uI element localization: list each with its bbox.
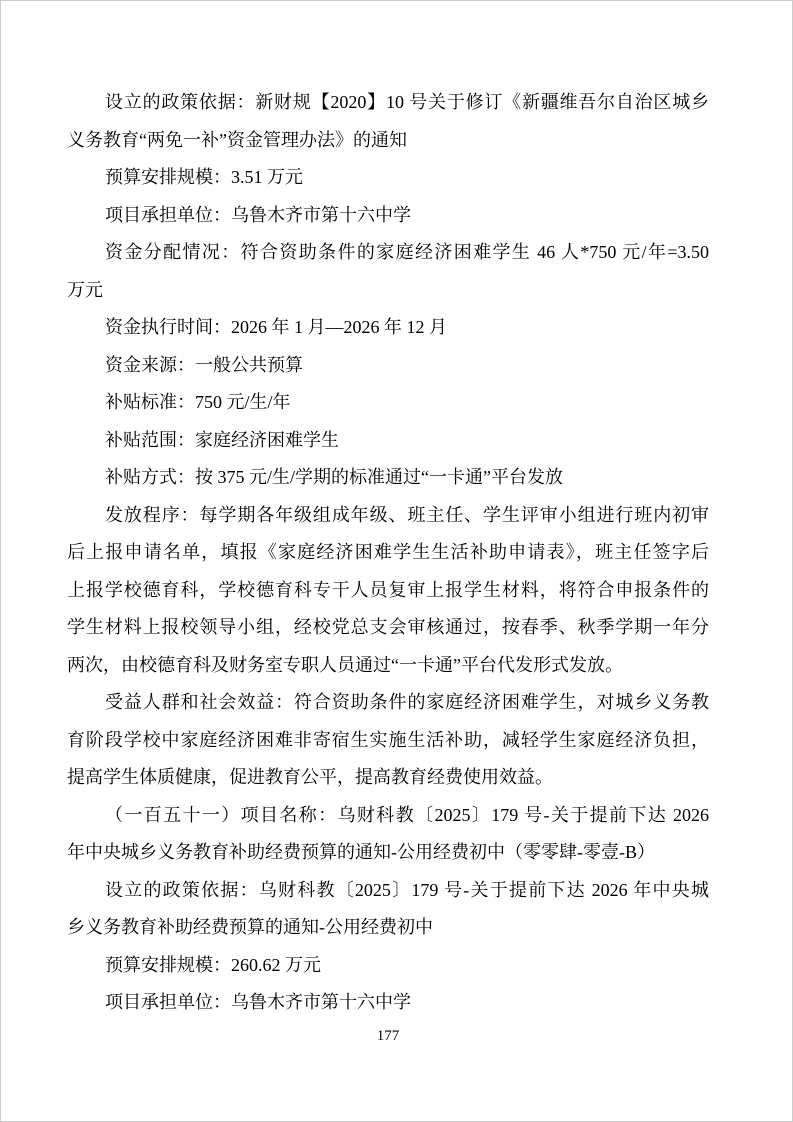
text-line: 资金来源：一般公共预算 (67, 347, 709, 385)
text-line: 补贴方式：按 375 元/生/学期的标准通过“一卡通”平台发放 (67, 459, 709, 497)
page-number: 177 (67, 1026, 709, 1046)
text-line: 补贴标准：750 元/生/年 (67, 384, 709, 422)
text-line: 资金分配情况：符合资助条件的家庭经济困难学生 46 人*750 元/年=3.50 (67, 234, 709, 272)
text-line: 设立的政策依据：乌财科教〔2025〕179 号-关于提前下达 2026 年中央城 (67, 872, 709, 910)
text-line: 预算安排规模：260.62 万元 (67, 947, 709, 985)
text-line: 上报学校德育科，学校德育科专干人员复审上报学生材料，将符合申报条件的 (67, 572, 709, 610)
text-line: 乡义务教育补助经费预算的通知-公用经费初中 (67, 909, 709, 947)
document-page: 设立的政策依据：新财规【2020】10 号关于修订《新疆维吾尔自治区城乡义务教育… (0, 0, 793, 1122)
text-line: 提高学生体质健康，促进教育公平，提高教育经费使用效益。 (67, 759, 709, 797)
text-line: 项目承担单位：乌鲁木齐市第十六中学 (67, 197, 709, 235)
text-line: 义务教育“两免一补”资金管理办法》的通知 (67, 122, 709, 160)
text-line: 后上报申请名单，填报《家庭经济困难学生生活补助申请表》，班主任签字后 (67, 534, 709, 572)
document-text: 设立的政策依据：新财规【2020】10 号关于修订《新疆维吾尔自治区城乡义务教育… (67, 84, 709, 1022)
text-line: 设立的政策依据：新财规【2020】10 号关于修订《新疆维吾尔自治区城乡 (67, 84, 709, 122)
text-line: 学生材料上报校领导小组，经校党总支会审核通过，按春季、秋季学期一年分 (67, 609, 709, 647)
text-line: 预算安排规模：3.51 万元 (67, 159, 709, 197)
text-line: 育阶段学校中家庭经济困难非寄宿生实施生活补助，减轻学生家庭经济负担， (67, 722, 709, 760)
text-line: 年中央城乡义务教育补助经费预算的通知-公用经费初中（零零肆-零壹-B） (67, 834, 709, 872)
text-line: 项目承担单位：乌鲁木齐市第十六中学 (67, 984, 709, 1022)
text-line: 万元 (67, 272, 709, 310)
text-line: 发放程序：每学期各年级组成年级、班主任、学生评审小组进行班内初审 (67, 497, 709, 535)
text-line: 受益人群和社会效益：符合资助条件的家庭经济困难学生，对城乡义务教 (67, 684, 709, 722)
text-line: （一百五十一）项目名称：乌财科教〔2025〕179 号-关于提前下达 2026 (67, 797, 709, 835)
text-line: 两次，由校德育科及财务室专职人员通过“一卡通”平台代发形式发放。 (67, 647, 709, 685)
text-line: 资金执行时间：2026 年 1 月—2026 年 12 月 (67, 309, 709, 347)
text-line: 补贴范围：家庭经济困难学生 (67, 422, 709, 460)
